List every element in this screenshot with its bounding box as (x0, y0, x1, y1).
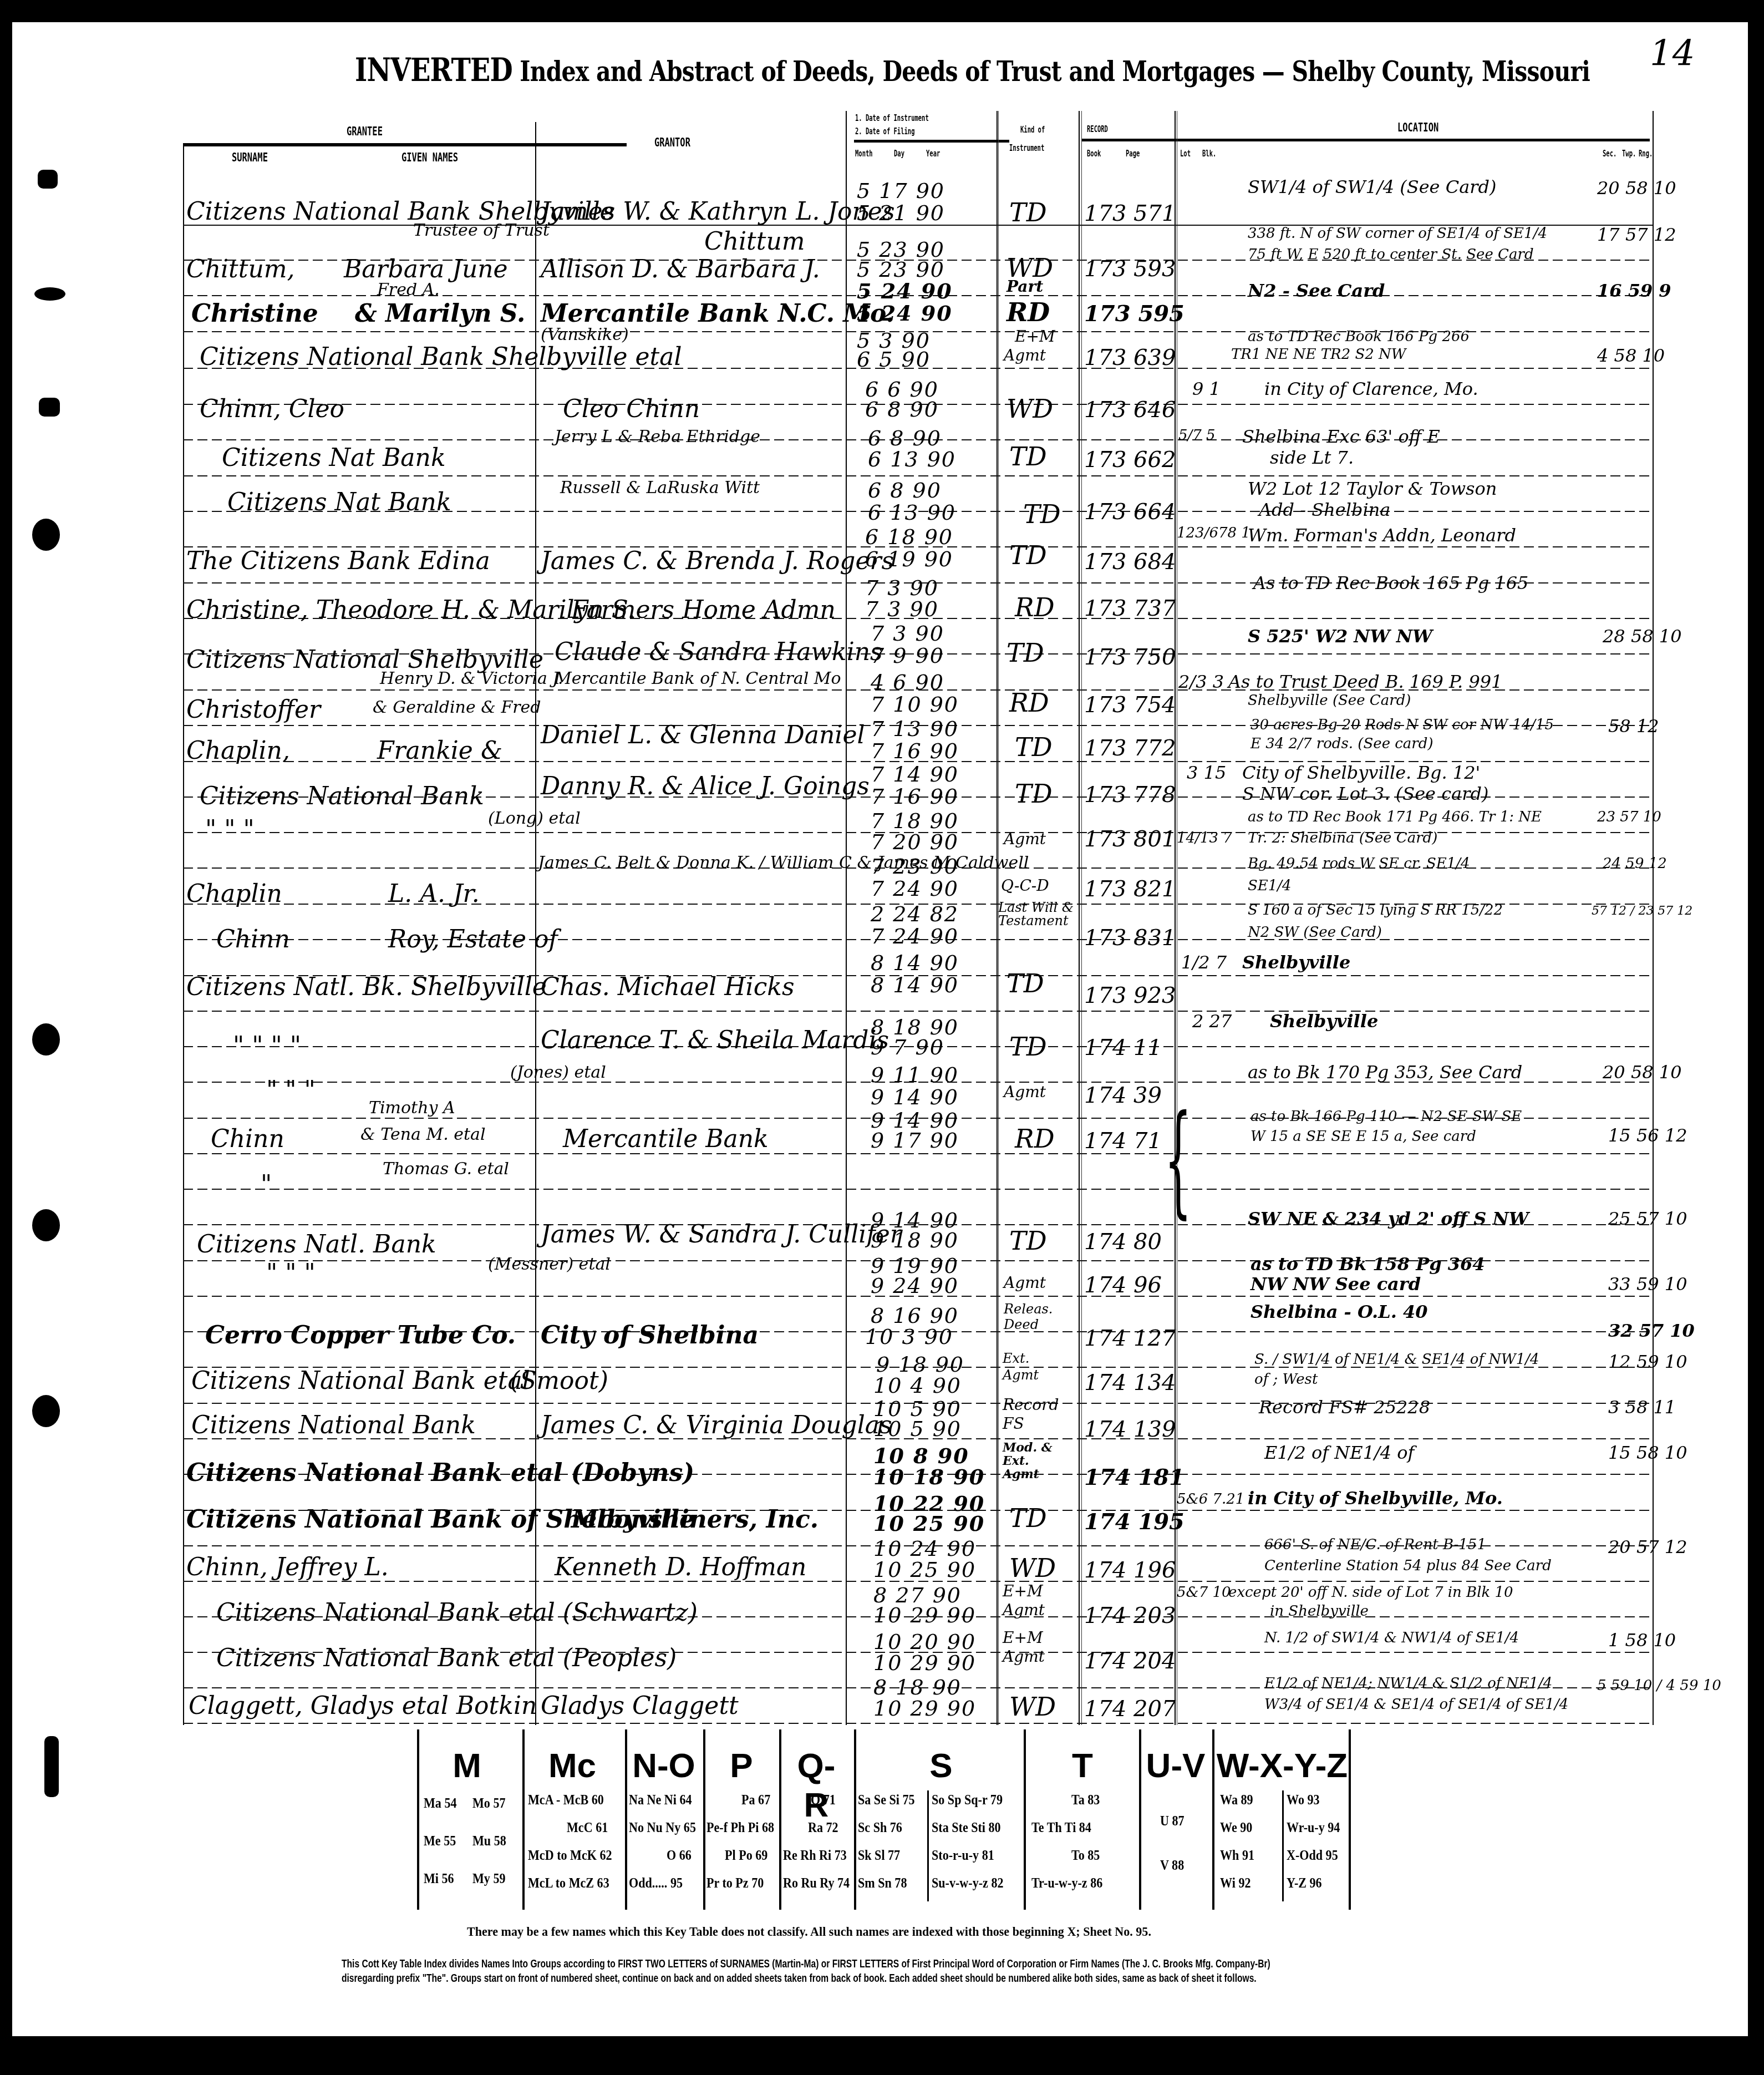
instrument-kind: WD (1009, 1553, 1056, 1583)
date-instrument: 7 14 90 (871, 762, 959, 787)
location: S 525' W2 NW NW (1248, 626, 1432, 647)
key-letter: U-V (1142, 1746, 1209, 1785)
date-filing: 7 24 90 (871, 924, 959, 948)
key-rule (1139, 1729, 1141, 1910)
location: N. 1/2 of SW1/4 & NW1/4 of SE1/4 (1264, 1630, 1519, 1646)
date-instrument: 7 13 90 (871, 717, 959, 741)
binder-hole (32, 1209, 60, 1241)
grantor: Gladys Claggett (541, 1692, 739, 1720)
location: as to Bk 166 Pg 110 — N2 SE SW SE (1250, 1108, 1522, 1125)
location: in City of Shelbyville, Mo. (1248, 1488, 1503, 1509)
date-filing: 7 9 90 (871, 643, 944, 668)
grantor: Cleo Chinn (563, 395, 700, 423)
location: Record FS# 25228 (1259, 1397, 1430, 1418)
location: SW NE & 234 yd 2' off S NW (1248, 1208, 1529, 1229)
date-filing: 10 5 90 (873, 1417, 962, 1441)
date-filing: 9 17 90 (871, 1128, 959, 1153)
grantee-given-top: Fred A. (377, 280, 440, 300)
scan-border-bottom (0, 2036, 1764, 2075)
key-letter: M (439, 1746, 495, 1785)
header-day: Day (894, 149, 904, 159)
book-page: 173 754 (1084, 692, 1176, 718)
date-filing: 7 3 90 (865, 597, 939, 621)
grantee-given: Frankie & (377, 737, 502, 765)
book-page: 173 639 (1084, 345, 1176, 371)
location: N2 - See Card (1248, 280, 1385, 301)
date-instrument: 5 17 90 (857, 179, 945, 203)
date-filing: 9 7 90 (871, 1035, 944, 1059)
header-date-2: 2. Date of Filing (855, 126, 914, 136)
date-filing: 6 13 90 (868, 447, 956, 471)
grantor: Jerry L & Reba Ethridge (555, 427, 760, 447)
book-page: 173 595 (1084, 301, 1185, 327)
instrument-kind: TD (1009, 1503, 1047, 1533)
location: W2 Lot 12 Taylor & Towson (1248, 478, 1497, 499)
instrument-kind: Agmt (1004, 1083, 1046, 1101)
date-filing: 6 13 90 (868, 500, 956, 525)
book-page: 173 923 (1084, 983, 1176, 1008)
location-2: TR1 NE NE TR2 S2 NW (1231, 346, 1406, 363)
row-rule (183, 1011, 1653, 1012)
location: except 20' off N. side of Lot 7 in Blk 1… (1228, 1584, 1513, 1601)
grantee-given-top: Timothy A (369, 1098, 455, 1118)
grantor: Mercantile Bank (563, 1125, 769, 1153)
header-year: Year (926, 149, 940, 159)
key-cell: Ro Ru Ry 74 (783, 1875, 850, 1891)
grantor: Russell & LaRuska Witt (560, 478, 760, 498)
book-page: 173 821 (1084, 876, 1176, 902)
location-2: SE1/4 (1248, 877, 1292, 894)
lot-blk: 14/13 7 (1177, 830, 1232, 846)
location-2: E 34 2/7 rods. (See card) (1250, 735, 1433, 752)
lot-blk: 3 15 (1187, 762, 1226, 783)
date-instrument: 4 6 90 (871, 670, 944, 694)
date-instrument: 7 23 90 (871, 854, 959, 879)
key-cell: Te Th Ti 84 (1031, 1819, 1091, 1836)
key-rule (522, 1729, 525, 1910)
book-page: 174 139 (1084, 1417, 1176, 1442)
location: as to TD Rec Book 166 Pg 266 (1248, 328, 1470, 345)
date-filing: 7 16 90 (871, 784, 959, 809)
sec-twp-rng: 20 58 10 (1597, 177, 1676, 199)
key-cell: Pe-f Ph Pi 68 (706, 1819, 774, 1836)
sec-twp-rng: 4 58 10 (1597, 345, 1665, 366)
header-rule (854, 140, 1009, 143)
grantor: Mercantile Bank N.C. Mo. (541, 300, 894, 328)
column-rule (1079, 111, 1080, 1725)
key-cell: No Nu Ny 65 (629, 1819, 696, 1836)
grantor: James C. & Virginia Douglas (541, 1411, 892, 1439)
location-2: W 15 a SE SE E 15 a, See card (1250, 1128, 1476, 1145)
key-cell: Pl Po 69 (725, 1847, 767, 1864)
key-cell: Pr to Pz 70 (706, 1875, 764, 1891)
location: in City of Clarence, Mo. (1264, 378, 1478, 399)
location: S. / SW1/4 of NE1/4 & SE1/4 of NW1/4 (1254, 1351, 1539, 1368)
location: Wm. Forman's Addn, Leonard (1248, 525, 1516, 546)
location: Shelbyville (1270, 1011, 1378, 1032)
sec-twp-rng: 57 12 / 23 57 12 (1592, 904, 1692, 918)
scan-border-left (0, 0, 12, 2075)
key-cell: Mu 58 (472, 1833, 506, 1849)
location: Shelbina Exc 63' off E (1242, 426, 1440, 447)
grantee: Citizens Natl. Bank (197, 1230, 436, 1259)
grantor: James C. & Brenda J. Rogers (541, 547, 894, 575)
book-page: 173 593 (1084, 256, 1176, 282)
key-table-note: There may be a few names which this Key … (467, 1925, 1151, 1940)
header-date-1: 1. Date of Instrument (855, 113, 929, 123)
key-cell: Wr-u-y 94 (1287, 1819, 1340, 1836)
header-blk: Blk. (1202, 149, 1216, 159)
grantee: Citizens Nat Bank (227, 488, 451, 516)
lot-blk: 2/3 3 (1178, 671, 1224, 692)
key-rule (1349, 1729, 1351, 1910)
grantor: (Long) etal (488, 809, 581, 828)
sec-twp-rng: 1 58 10 (1608, 1630, 1676, 1651)
title-bold: INVERTED (355, 51, 512, 89)
date-instrument: 9 11 90 (871, 1063, 959, 1087)
lot-blk: 5&6 7.21 (1177, 1491, 1244, 1508)
instrument-kind: Mod. & Ext. Agmt (1003, 1441, 1064, 1481)
sec-twp-rng: 20 58 10 (1603, 1062, 1682, 1083)
header-rule (183, 143, 627, 146)
grantee-given: Roy, Estate of (388, 925, 558, 953)
instrument-kind: E+M Agmt (1003, 1628, 1064, 1666)
key-cell: McL to McZ 63 (528, 1875, 609, 1891)
key-rule (779, 1729, 781, 1910)
book-page: 174 11 (1084, 1035, 1162, 1061)
location: 30 acres Bg 20 Rods N SW cor NW 14/15 (1250, 717, 1554, 733)
instrument-kind: Releas. Deed (1004, 1301, 1070, 1332)
title-rest: Index and Abstract of Deeds, Deeds of Tr… (520, 55, 1590, 88)
key-cell: Sc Sh 76 (858, 1819, 902, 1836)
location: as to Bk 170 Pg 353, See Card (1248, 1062, 1522, 1083)
grantee: Citizens National Bank (191, 1411, 476, 1439)
key-cell: We 90 (1220, 1819, 1252, 1836)
date-filing: 7 20 90 (871, 830, 959, 854)
grantee: The Citizens Bank Edina (186, 547, 490, 575)
grantor: Chas. Michael Hicks (541, 973, 795, 1001)
grantee: Citizens National Bank Shelbyville etal (200, 343, 682, 371)
binder-hole (38, 170, 58, 189)
grantee: Chinn, Jeffrey L. (186, 1553, 389, 1581)
header-grantor: GRANTOR (654, 136, 690, 150)
instrument-kind-top: Part (1006, 277, 1043, 296)
header-book: Book (1087, 149, 1101, 159)
page-number: 14 (1650, 33, 1695, 74)
key-cell: My 59 (472, 1870, 506, 1887)
instrument-kind: TD (1006, 638, 1044, 668)
instrument-kind: RD (1009, 688, 1049, 718)
key-letter: Q-R (786, 1746, 847, 1825)
date-filing: 10 29 90 (873, 1603, 976, 1627)
key-cell: Odd..... 95 (629, 1875, 683, 1891)
date-instrument: 8 14 90 (871, 951, 959, 975)
location: E1/2 of NE1/4 of (1264, 1442, 1414, 1463)
grantee-given: & Marilyn S. (355, 300, 525, 328)
row-rule (183, 1189, 1653, 1190)
key-letter: W-X-Y-Z (1216, 1746, 1349, 1785)
grantee: Citizens National Bank (200, 782, 484, 810)
grantee-given: L. A. Jr. (388, 880, 480, 908)
book-page: 174 127 (1084, 1326, 1176, 1351)
key-cell: To 85 (1071, 1847, 1100, 1864)
sec-twp-rng: 24 59 12 (1603, 855, 1667, 872)
date-filing: 10 29 90 (873, 1651, 976, 1675)
date-filing: 6 8 90 (865, 397, 939, 422)
grantee: " " " " (233, 1032, 301, 1060)
book-page: 174 203 (1084, 1603, 1176, 1628)
key-cell: Sta Ste Sti 80 (932, 1819, 1001, 1836)
location-2: Tr. 2: Shelbina (See Card) (1248, 830, 1437, 846)
binder-hole (32, 1395, 60, 1427)
grantee-given: Barbara June (344, 255, 508, 283)
row-rule (183, 475, 1653, 476)
grantor: Farmers Home Admn (571, 596, 836, 624)
key-cell: X-Odd 95 (1287, 1847, 1338, 1864)
sec-twp-rng: 28 58 10 (1603, 626, 1682, 647)
header-lot: Lot (1180, 149, 1191, 159)
location-2: N2 SW (See Card) (1248, 924, 1382, 941)
grantor: Allison D. & Barbara J. (541, 255, 820, 283)
location-2: W3/4 of SE1/4 & SE1/4 of SE1/4 of SE1/4 (1264, 1696, 1568, 1713)
header-kind-1: Kind of (1020, 125, 1045, 135)
book-page: 174 71 (1084, 1128, 1162, 1154)
grantor: (Messner) etal (488, 1255, 611, 1274)
location: As to Trust Deed B. 169 P. 991 (1228, 671, 1502, 692)
instrument-kind: RD (1015, 1124, 1055, 1154)
grantee: Citizens Nat Bank (222, 444, 446, 472)
grantee: Chinn, Cleo (200, 395, 344, 423)
sec-twp-rng: 17 57 12 (1597, 224, 1676, 245)
book-page: 173 750 (1084, 645, 1176, 670)
key-cell: So Sp Sq-r 79 (932, 1792, 1003, 1808)
book-page: 173 684 (1084, 549, 1176, 575)
grantee: " " " (266, 1259, 316, 1287)
lot-blk: 1/2 7 (1181, 952, 1227, 973)
book-page: 173 801 (1084, 826, 1176, 852)
sec-twp-rng: 3 58 11 (1608, 1397, 1676, 1418)
key-cell: McD to McK 62 (528, 1847, 612, 1864)
column-rule (846, 111, 847, 1725)
footer-line-1: This Cott Key Table Index divides Names … (342, 1958, 1270, 1971)
key-rule (854, 1729, 856, 1910)
date-instrument: 6 8 90 (868, 478, 942, 503)
grantor: Mercantile Bank of N. Central Mo (555, 669, 841, 688)
binder-hole (32, 519, 60, 551)
grantor: (Smoot) (510, 1367, 608, 1395)
key-cell: Sk Sl 77 (858, 1847, 900, 1864)
grantee: Chaplin (186, 880, 282, 908)
date-instrument: 6 18 90 (865, 525, 953, 549)
book-page: 174 96 (1084, 1272, 1162, 1298)
binder-hole (44, 1736, 59, 1797)
lot-blk: 5&7 10 (1177, 1584, 1231, 1601)
header-page: Page (1126, 149, 1140, 159)
binder-hole (39, 398, 60, 417)
instrument-kind-top: E+M (1015, 327, 1055, 346)
instrument-kind: TD (1009, 540, 1047, 570)
key-cell: McC 61 (567, 1819, 608, 1836)
key-cell: Su-v-w-y-z 82 (932, 1875, 1004, 1891)
key-cell: Wi 92 (1220, 1875, 1250, 1891)
book-page: 174 39 (1084, 1083, 1162, 1108)
grantee: Cerro Copper Tube Co. (205, 1321, 516, 1349)
key-letter: Mc (539, 1746, 606, 1785)
key-cell: Wa 89 (1220, 1792, 1253, 1808)
location-2: Add - Shelbina (1259, 499, 1390, 520)
key-cell: Ta 83 (1071, 1792, 1100, 1808)
key-cell: Wh 91 (1220, 1847, 1254, 1864)
footer-line-2: disregarding prefix "The". Groups start … (342, 1972, 1257, 1985)
row-rule (183, 1723, 1653, 1724)
sec-twp-rng: 15 58 10 (1608, 1442, 1687, 1463)
grantor: James W. & Kathryn L. Jones (541, 197, 894, 226)
instrument-kind: RD (1006, 297, 1050, 327)
grantee: " (261, 1170, 272, 1199)
grantee: Chinn (211, 1125, 284, 1153)
grantee: Claggett, Gladys etal Botkin (189, 1692, 537, 1720)
row-rule (183, 1153, 1653, 1154)
header-kind-2: Instrument (1009, 143, 1044, 153)
sec-twp-rng: 12 59 10 (1608, 1351, 1687, 1372)
location: as to TD Rec Book 171 Pg 466. Tr 1: NE (1248, 809, 1542, 825)
grantee: Chittum, (186, 255, 295, 283)
grantor: Moonshiners, Inc. (571, 1505, 819, 1534)
grantee: Citizens National Bank etal (Dobyns) (186, 1459, 694, 1487)
grantee: Christine (191, 300, 318, 328)
location-2: of ; West (1254, 1371, 1318, 1388)
grantee: Chaplin, (186, 737, 290, 765)
key-cell: Ra 72 (808, 1819, 838, 1836)
location: 666' S. of NE/C. of Rent B-151 (1264, 1536, 1486, 1553)
grantor: Claude & Sandra Hawkins (555, 638, 883, 666)
book-page: 174 204 (1084, 1648, 1176, 1674)
binder-hole (34, 287, 65, 301)
instrument-kind: TD (1015, 779, 1053, 809)
header-twp: Twp. (1622, 149, 1636, 159)
date-filing: 6 19 90 (865, 547, 953, 571)
grantor: Kenneth D. Hoffman (555, 1553, 806, 1581)
grantor-top: Chittum (704, 227, 805, 256)
grantee: Citizens National Bank etal (Peoples) (216, 1644, 677, 1672)
date-filing: 9 18 90 (871, 1228, 959, 1252)
scan-border-top (0, 0, 1764, 22)
instrument-kind: Agmt (1004, 1274, 1046, 1292)
key-letter: N-O (631, 1746, 697, 1785)
location: SW1/4 of SW1/4 (See Card) (1248, 176, 1497, 197)
location-2: NW NW See card (1250, 1274, 1421, 1295)
book-page: 174 134 (1084, 1370, 1176, 1396)
instrument-kind: TD (1009, 1032, 1047, 1062)
sec-twp-rng: 25 57 10 (1608, 1208, 1687, 1229)
binder-hole (32, 1023, 60, 1056)
instrument-kind: Record FS (1003, 1396, 1064, 1433)
location: as to TD Bk 158 Pg 364 (1250, 1254, 1485, 1275)
header-grantee: GRANTEE (347, 125, 383, 139)
location: Bg. 49.54 rods W SE cr. SE1/4 (1248, 855, 1470, 872)
location: Shelbyville (1242, 952, 1350, 973)
header-sec: Sec. (1603, 149, 1616, 159)
instrument-kind: WD (1006, 394, 1053, 424)
location-2: Shelbyville (See Card) (1248, 692, 1411, 709)
grantee-given: & Tena M. etal (360, 1125, 486, 1144)
scan-border-right (1748, 0, 1764, 2075)
sec-twp-rng: 58 12 (1608, 716, 1659, 737)
key-cell: Na Ne Ni 64 (629, 1792, 692, 1808)
grantee-given-top: Henry D. & Victoria J. (380, 669, 563, 688)
book-page: 174 207 (1084, 1696, 1176, 1722)
instrument-kind: RD (1015, 592, 1055, 622)
date-filing: 5 21 90 (857, 201, 945, 225)
date-filing: 10 18 90 (873, 1464, 985, 1489)
date-filing: 10 25 90 (873, 1511, 985, 1536)
instrument-kind: TD (1009, 197, 1047, 227)
grantee: " " " (205, 815, 255, 844)
date-filing: 10 4 90 (873, 1373, 962, 1398)
key-cell: Tr-u-w-y-z 86 (1031, 1875, 1102, 1891)
book-page: 173 646 (1084, 397, 1176, 423)
grantee-given: Thomas G. etal (383, 1159, 509, 1179)
key-cell: Me 55 (424, 1833, 456, 1849)
date-filing: 7 24 90 (871, 876, 959, 901)
date-filing: 9 14 90 (871, 1085, 959, 1109)
grantor: (Vanskike) (541, 325, 629, 344)
instrument-kind: Ext. Agmt (1003, 1350, 1069, 1383)
location: Shelbina - O.L. 40 (1250, 1301, 1427, 1322)
book-page: 173 772 (1084, 735, 1176, 761)
header-rng: Rng. (1639, 149, 1653, 159)
location-2: 75 ft W, E 520 ft to center St. See Card (1248, 246, 1534, 263)
key-rule (1282, 1790, 1284, 1901)
sec-twp-rng: 20 57 12 (1608, 1536, 1687, 1557)
date-filing: 10 29 90 (873, 1696, 976, 1721)
header-location: LOCATION (1397, 121, 1438, 135)
key-rule (927, 1790, 929, 1901)
date-filing: 10 3 90 (865, 1325, 953, 1349)
key-rule (1212, 1729, 1214, 1910)
date-filing: 6 5 90 (857, 347, 931, 372)
grantee: Citizens National Bank etal (191, 1367, 530, 1395)
date-instrument: 5 24 90 (857, 278, 953, 303)
sec-twp-rng: 23 57 10 (1597, 809, 1661, 825)
book-page: 173 737 (1084, 596, 1176, 621)
sec-twp-rng: 33 59 10 (1608, 1274, 1687, 1295)
key-table: M Ma 54 Me 55 Mi 56 Mo 57 Mu 58 My 59 Mc… (417, 1729, 1532, 1918)
location: As to TD Rec Book 165 Pg 165 (1253, 572, 1528, 593)
location: E1/2 of NE1/4; NW1/4 & S1/2 of NE1/4 (1264, 1675, 1552, 1692)
book-page: 173 778 (1084, 782, 1176, 808)
sec-twp-rng: 15 56 12 (1608, 1125, 1687, 1146)
book-page: 174 181 (1084, 1464, 1185, 1490)
instrument-kind: Agmt (1004, 346, 1046, 364)
key-cell: Mo 57 (472, 1795, 506, 1812)
key-cell: Mi 56 (424, 1870, 454, 1887)
header-record: RECORD (1087, 124, 1108, 134)
instrument-kind: Last Will & Testament (998, 901, 1076, 927)
grantor: Daniel L. & Glenna Daniel (541, 721, 865, 749)
page-title: INVERTED Index and Abstract of Deeds, De… (355, 51, 1590, 89)
sec-twp-rng: 16 59 9 (1597, 280, 1671, 301)
key-cell: Sa Se Si 75 (858, 1792, 915, 1808)
grantor: Danny R. & Alice J. Goings (541, 772, 870, 800)
location: City of Shelbyville. Bg. 12' (1242, 762, 1480, 783)
location-2: in Shelbyville (1270, 1603, 1369, 1620)
book-page: 173 831 (1084, 925, 1176, 951)
instrument-kind: TD (1009, 1226, 1047, 1256)
grantor: (Jones) etal (510, 1063, 606, 1082)
header-surname: SURNAME (232, 151, 268, 165)
grantee-note: Trustee of Trust (413, 221, 550, 240)
